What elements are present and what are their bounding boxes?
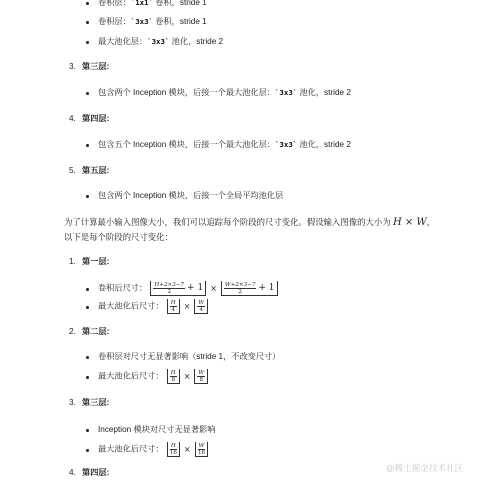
inline-code: `3x3`: [131, 17, 153, 26]
bullet-icon: [86, 92, 89, 95]
heading-text: 第四层:: [82, 467, 109, 479]
inline-code: `1x1`: [131, 0, 153, 7]
inline-code: `3x3`: [275, 140, 297, 149]
watermark: @稀土掘金技术社区: [386, 462, 463, 474]
heading-text: 第四层:: [82, 113, 109, 125]
inline-code: `3x3`: [275, 88, 297, 97]
bullet-prefix: 卷积层：: [98, 0, 131, 7]
list-number: 3.: [69, 61, 76, 73]
formula-pool-size: H16 × W16: [166, 442, 210, 457]
bullet-prefix: 包含五个 Inception 模块，后接一个最大池化层：: [98, 140, 275, 149]
bullet-label: Inception 模块对尺寸无显著影响: [98, 424, 215, 436]
bullet-label: 最大池化后尺寸：: [98, 302, 164, 311]
bullet-suffix: 卷积，stride 1: [153, 0, 207, 7]
heading-text: 第三层:: [82, 61, 109, 73]
inline-code: `3x3`: [147, 37, 169, 46]
bullet-icon: [86, 356, 89, 359]
list-number: 4.: [69, 113, 76, 125]
bullet-prefix: 包含两个 Inception 模块，后接一个全局平均池化层: [98, 191, 283, 200]
paragraph-text: 为了计算最小输入图像大小，我们可以追踪每个阶段的尺寸变化。假设输入图像的大小为: [64, 217, 391, 227]
bullet-label: 卷积后尺寸：: [98, 284, 147, 293]
bullet-icon: [86, 2, 89, 5]
bullet-icon: [86, 195, 89, 198]
bullet-icon: [86, 429, 89, 432]
heading-text: 第二层:: [82, 326, 109, 338]
heading-text: 第三层:: [82, 397, 109, 409]
list-number: 3.: [69, 397, 76, 409]
heading-text: 第五层:: [82, 165, 109, 177]
bullet-suffix: 卷积，stride 1: [153, 17, 207, 26]
floor-bracket: W+2×3−7 2 + 1: [221, 281, 278, 296]
bullet-label: 最大池化后尺寸：: [98, 372, 164, 381]
bullet-suffix: 池化，stride 2: [297, 88, 351, 97]
bullet-prefix: 卷积层：: [98, 17, 131, 26]
bullet-suffix: 池化，stride 2: [169, 37, 223, 46]
paragraph-punct: ，: [427, 217, 435, 227]
bullet-icon: [86, 376, 89, 379]
bullet-icon: [86, 21, 89, 24]
floor-bracket: H+2×3−7 2 + 1: [150, 281, 206, 296]
formula-pool-size: H4 × W4: [166, 299, 209, 314]
bullet-icon: [86, 144, 89, 147]
list-number: 1.: [69, 256, 76, 268]
bullet-label: 最大池化后尺寸：: [98, 445, 164, 454]
bullet-icon: [86, 41, 89, 44]
bullet-label: 卷积层对尺寸无显著影响（stride 1，不改变尺寸）: [98, 351, 280, 363]
bullet-icon: [86, 288, 89, 291]
formula-conv-size: H+2×3−7 2 + 1 × W+2×3−7 2 + 1: [149, 281, 278, 296]
bullet-prefix: 最大池化层：: [98, 37, 147, 46]
list-number: 2.: [69, 326, 76, 338]
list-number: 4.: [69, 467, 76, 479]
bullet-icon: [86, 306, 89, 309]
formula-pool-size: H8 × W8: [166, 369, 209, 384]
list-number: 5.: [69, 165, 76, 177]
heading-text: 第一层:: [82, 256, 109, 268]
math-expression: H × W: [393, 217, 427, 228]
bullet-icon: [86, 449, 89, 452]
paragraph-text: 以下是每个阶段的尺寸变化：: [64, 231, 173, 243]
bullet-prefix: 包含两个 Inception 模块，后接一个最大池化层：: [98, 88, 275, 97]
bullet-suffix: 池化，stride 2: [297, 140, 351, 149]
